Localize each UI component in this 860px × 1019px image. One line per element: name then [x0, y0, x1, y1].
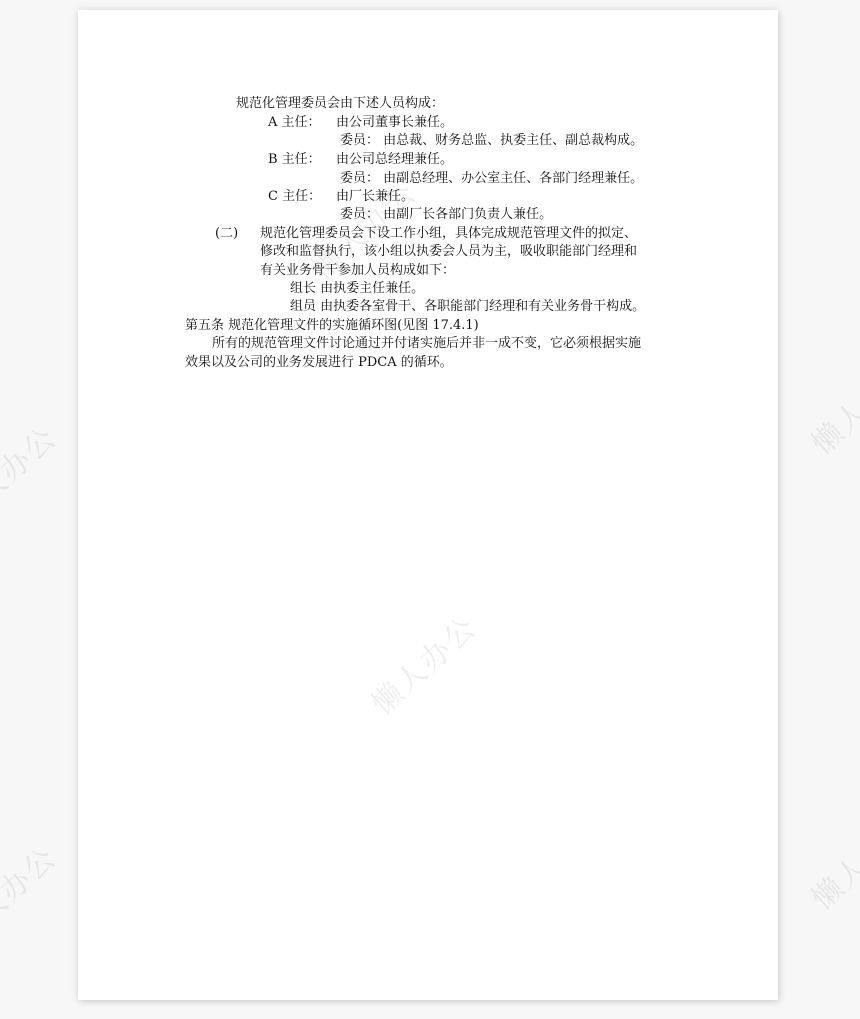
group-a-members: 委员： 由总裁、财务总监、执委主任、副总裁构成。: [340, 133, 643, 149]
article-five-body-1: 所有的规范管理文件讨论通过并付诸实施后并非一成不变，它必须根据实施: [212, 336, 641, 352]
group-b-members: 委员： 由副总经理、办公室主任、各部门经理兼任。: [340, 171, 643, 187]
group-a-director-label: A 主任：: [268, 115, 321, 131]
section-two-line-2: 修改和监督执行，该小组以执委会人员为主，吸收职能部门经理和: [260, 244, 637, 260]
committee-intro: 规范化管理委员会由下述人员构成：: [236, 96, 444, 112]
section-two-line-1: 规范化管理委员会下设工作小组，具体完成规范管理文件的拟定、: [260, 226, 637, 242]
group-b-director-value: 由公司总经理兼任。: [336, 152, 453, 168]
watermark: 懒人办公: [0, 834, 65, 952]
article-five-heading: 第五条 规范化管理文件的实施循环图(见图 17.4.1): [185, 318, 479, 334]
section-two-marker: (二): [215, 226, 238, 242]
team-leader: 组长 由执委主任兼任。: [290, 281, 424, 297]
group-c-members: 委员： 由副厂长各部门负责人兼任。: [340, 207, 552, 223]
section-two-line-3: 有关业务骨干参加人员构成如下：: [260, 263, 455, 279]
article-five-body-2: 效果以及公司的业务发展进行 PDCA 的循环。: [185, 355, 453, 371]
team-members: 组员 由执委各室骨干、各职能部门经理和有关业务骨干构成。: [290, 299, 645, 315]
watermark: 懒人办公: [0, 414, 65, 532]
group-b-director-label: B 主任：: [268, 152, 321, 168]
watermark: 懒人办公: [800, 799, 860, 917]
group-a-director-value: 由公司董事长兼任。: [336, 115, 453, 131]
group-c-director-value: 由厂长兼任。: [336, 189, 414, 205]
group-c-director-label: C 主任：: [268, 189, 321, 205]
watermark: 懒人办公: [800, 344, 860, 462]
